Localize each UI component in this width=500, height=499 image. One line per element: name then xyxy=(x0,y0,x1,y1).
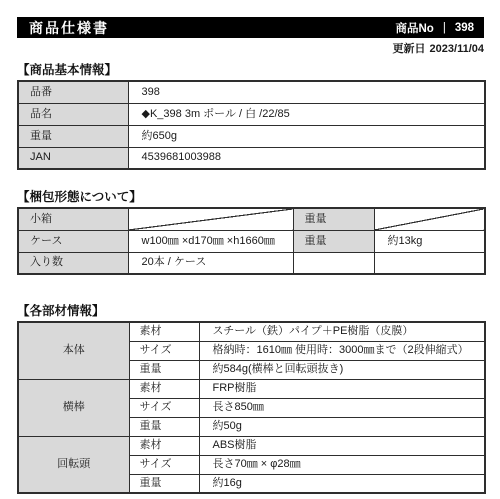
row-label: サイズ xyxy=(129,455,199,474)
row-value: 20本 / ケース xyxy=(128,252,293,274)
row-label: 素材 xyxy=(129,322,199,341)
updated-date: 更新日2023/11/04 xyxy=(17,43,484,56)
row-value: 398 xyxy=(128,81,485,103)
row-value: スチール（鉄）パイプ＋PE樹脂（皮膜） xyxy=(199,322,485,341)
basic-info-table: 品番 398 品名 ◆K_398 3m ポール / 白 /22/85 重量 約6… xyxy=(17,80,486,170)
row-value: 約13kg xyxy=(374,230,485,252)
row-label: 小箱 xyxy=(18,208,128,230)
product-number-value: 398 xyxy=(455,22,474,34)
row-label: ケース xyxy=(18,230,128,252)
table-row: 入り数 20本 / ケース xyxy=(18,252,485,274)
spec-sheet-page: 商品仕様書 商品No | 398 更新日2023/11/04 【商品基本情報】 … xyxy=(0,0,500,494)
part-group-label: 本体 xyxy=(18,322,129,379)
table-row: 横棒 素材 FRP樹脂 xyxy=(18,379,485,398)
row-label: 入り数 xyxy=(18,252,128,274)
parts-table: 本体 素材 スチール（鉄）パイプ＋PE樹脂（皮膜） サイズ 格納時：1610㎜ … xyxy=(17,321,486,494)
row-label: サイズ xyxy=(129,341,199,360)
table-row: 品名 ◆K_398 3m ポール / 白 /22/85 xyxy=(18,103,485,125)
row-value: 約650g xyxy=(128,125,485,147)
row-value: 約16g xyxy=(199,474,485,493)
separator-bar: | xyxy=(443,22,446,34)
updated-date-label: 更新日 xyxy=(393,43,426,55)
row-label: 重量 xyxy=(293,230,374,252)
table-row: 小箱 重量 xyxy=(18,208,485,230)
table-row: 本体 素材 スチール（鉄）パイプ＋PE樹脂（皮膜） xyxy=(18,322,485,341)
packaging-table: 小箱 重量 ケース w100㎜ ×d170㎜ ×h1660㎜ 重量 約13kg … xyxy=(17,207,486,275)
row-value: ◆K_398 3m ポール / 白 /22/85 xyxy=(128,103,485,125)
diagonal-strike-cell xyxy=(374,208,485,230)
row-label: 重量 xyxy=(129,474,199,493)
table-row: 品番 398 xyxy=(18,81,485,103)
row-label: 重量 xyxy=(129,360,199,379)
row-value: 格納時：1610㎜ 使用時：3000㎜まで（2段伸縮式） xyxy=(199,341,485,360)
row-label: 重量 xyxy=(293,208,374,230)
row-value: FRP樹脂 xyxy=(199,379,485,398)
section-heading-packaging: 【梱包形態について】 xyxy=(17,190,484,205)
table-row: JAN 4539681003988 xyxy=(18,147,485,169)
section-heading-parts: 【各部材情報】 xyxy=(17,304,484,319)
row-label: 品名 xyxy=(18,103,128,125)
row-label: 重量 xyxy=(18,125,128,147)
product-number: 商品No | 398 xyxy=(395,20,474,36)
row-value: 約584g(横棒と回転頭抜き) xyxy=(199,360,485,379)
row-value: 長さ850㎜ xyxy=(199,398,485,417)
row-label: 品番 xyxy=(18,81,128,103)
row-label: 重量 xyxy=(129,417,199,436)
table-row: 回転頭 素材 ABS樹脂 xyxy=(18,436,485,455)
table-row: ケース w100㎜ ×d170㎜ ×h1660㎜ 重量 約13kg xyxy=(18,230,485,252)
row-label: 素材 xyxy=(129,436,199,455)
product-number-label: 商品No xyxy=(395,20,433,36)
row-value: 約50g xyxy=(199,417,485,436)
section-heading-basic-info: 【商品基本情報】 xyxy=(17,63,484,78)
row-label: サイズ xyxy=(129,398,199,417)
row-value: 4539681003988 xyxy=(128,147,485,169)
empty-cell xyxy=(293,252,374,274)
title-bar: 商品仕様書 商品No | 398 xyxy=(17,17,484,38)
table-row: 重量 約650g xyxy=(18,125,485,147)
row-label: JAN xyxy=(18,147,128,169)
row-label: 素材 xyxy=(129,379,199,398)
row-value: ABS樹脂 xyxy=(199,436,485,455)
page-title: 商品仕様書 xyxy=(29,18,109,38)
part-group-label: 回転頭 xyxy=(18,436,129,493)
row-value: w100㎜ ×d170㎜ ×h1660㎜ xyxy=(128,230,293,252)
diagonal-strike-cell xyxy=(128,208,293,230)
row-value: 長さ70㎜ × φ28㎜ xyxy=(199,455,485,474)
updated-date-value: 2023/11/04 xyxy=(430,43,484,55)
empty-cell xyxy=(374,252,485,274)
part-group-label: 横棒 xyxy=(18,379,129,436)
